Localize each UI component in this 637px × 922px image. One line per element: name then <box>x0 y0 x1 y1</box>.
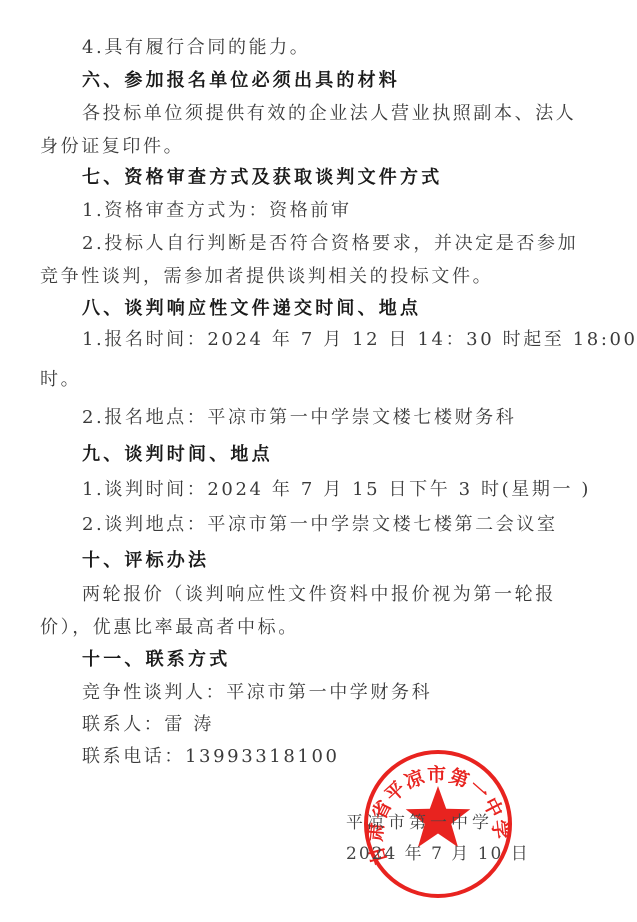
section-8-item-2: 2.报名地点：平凉市第一中学崇文楼七楼财务科 <box>82 406 516 430</box>
section-10-heading: 十、评标办法 <box>82 549 209 573</box>
section-11-heading: 十一、联系方式 <box>82 648 230 672</box>
contact-phone-line: 联系电话：13993318100 <box>82 745 340 769</box>
section-7-heading: 七、资格审查方式及获取谈判文件方式 <box>82 166 442 190</box>
section-9-heading: 九、谈判时间、地点 <box>82 443 273 467</box>
signature-organization: 平凉市第一中学 <box>346 812 493 834</box>
section-9-item-2: 2.谈判地点：平凉市第一中学崇文楼七楼第二会议室 <box>82 513 558 537</box>
section-6-paragraph-line-2: 身份证复印件。 <box>40 135 184 159</box>
section-7-item-2-line-1: 2.投标人自行判断是否符合资格要求，并决定是否参加 <box>82 232 578 256</box>
requirement-item-4: 4.具有履行合同的能力。 <box>82 36 310 60</box>
negotiator-line: 竞争性谈判人：平凉市第一中学财务科 <box>82 681 432 705</box>
signature-date: 2024 年 7 月 10 日 <box>346 843 530 865</box>
section-6-paragraph-line-1: 各投标单位须提供有效的企业法人营业执照副本、法人 <box>82 102 576 126</box>
section-9-item-1: 1.谈判时间：2024 年 7 月 15 日下午 3 时(星期一 ) <box>82 478 591 502</box>
section-7-item-1: 1.资格审查方式为：资格前审 <box>82 199 352 223</box>
section-8-heading: 八、谈判响应性文件递交时间、地点 <box>82 297 421 321</box>
section-8-item-1-line-1: 1.报名时间：2024 年 7 月 12 日 14：30 时起至 18:00 <box>82 328 637 352</box>
section-7-item-2-line-2: 竞争性谈判，需参加者提供谈判相关的投标文件。 <box>40 265 493 289</box>
section-6-heading: 六、参加报名单位必须出具的材料 <box>82 69 400 93</box>
section-10-paragraph-line-2: 价），优惠比率最高者中标。 <box>40 616 299 640</box>
section-8-item-1-line-2: 时。 <box>40 368 81 392</box>
contact-person-line: 联系人：雷 涛 <box>82 713 214 737</box>
document-page: 4.具有履行合同的能力。 六、参加报名单位必须出具的材料 各投标单位须提供有效的… <box>0 0 637 922</box>
section-10-paragraph-line-1: 两轮报价（谈判响应性文件资料中报价视为第一轮报 <box>82 583 556 607</box>
